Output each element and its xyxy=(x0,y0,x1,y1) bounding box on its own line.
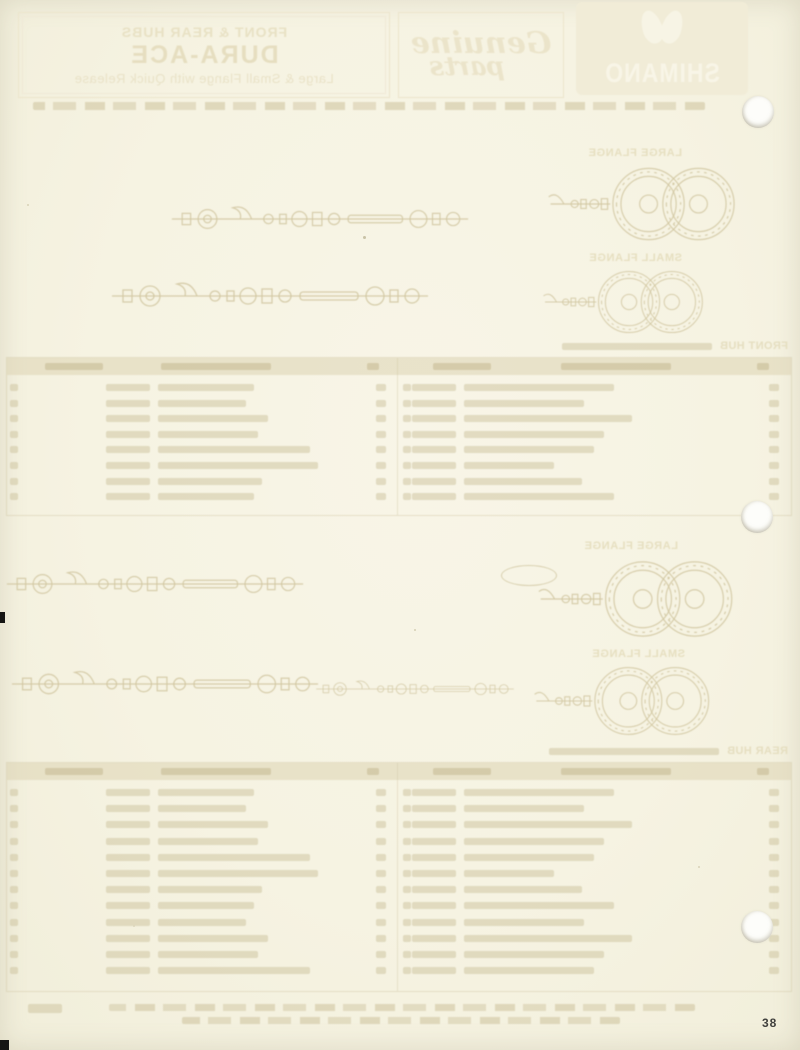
shimano-leaf-logo-icon xyxy=(640,10,684,50)
scanned-catalog-page: SHIMANO Genuine parts FRONT & REAR HUBS … xyxy=(0,0,800,1050)
scan-edge-mark-left xyxy=(0,612,5,623)
rear-hub-large-axle-diagram xyxy=(5,562,305,606)
front-hub-small-flange-diagram xyxy=(540,260,712,344)
scan-edge-mark-corner xyxy=(0,1040,9,1050)
ghost-stamp-oval xyxy=(501,565,557,586)
rear-hub-large-flange-diagram xyxy=(533,548,745,650)
title-line-duraace: DURA-ACE xyxy=(129,41,278,70)
title-line-subtitle: Large & Small Flange with Quick Release xyxy=(74,71,333,86)
dust-speck xyxy=(698,866,700,868)
front-hub-small-axle-diagram xyxy=(110,274,430,318)
punch-hole-top xyxy=(742,96,774,128)
ghost-table1-title: FRONT HUB xyxy=(562,340,788,352)
genuine-parts-line2: parts xyxy=(429,55,532,78)
ghost-parts-table-rear xyxy=(6,762,792,992)
front-hub-large-flange-diagram xyxy=(545,155,745,253)
ghost-footer-line-1 xyxy=(109,1004,695,1011)
page-title-box: FRONT & REAR HUBS DURA-ACE Large & Small… xyxy=(18,12,390,98)
dust-speck xyxy=(363,236,366,239)
punch-hole-bottom xyxy=(741,911,773,943)
ghost-table2-title: REAR HUB xyxy=(549,745,788,757)
dust-speck xyxy=(27,204,29,206)
punch-hole-middle xyxy=(741,501,773,533)
bleed-through-layer: SHIMANO Genuine parts FRONT & REAR HUBS … xyxy=(0,0,800,1050)
title-line-hubs: FRONT & REAR HUBS xyxy=(121,24,287,40)
ghost-note-line xyxy=(33,102,705,110)
front-hub-large-axle-diagram xyxy=(170,198,470,240)
ghost-footer-line-2 xyxy=(182,1017,620,1024)
rear-hub-small-flange-diagram xyxy=(530,655,720,747)
shimano-wordmark: SHIMANO xyxy=(604,58,720,89)
ghost-table1-header xyxy=(7,358,791,375)
rear-hub-small-parts-diagram xyxy=(315,672,515,706)
shimano-logo-block: SHIMANO xyxy=(576,2,748,95)
rear-hub-small-axle-diagram xyxy=(10,662,320,706)
dust-speck xyxy=(133,925,135,927)
genuine-parts-box: Genuine parts xyxy=(398,12,564,98)
ghost-table2-header xyxy=(7,763,791,780)
ghost-page-code xyxy=(28,1004,62,1013)
ghost-parts-table-front xyxy=(6,357,792,516)
page-number: 38 xyxy=(762,1016,777,1030)
dust-speck xyxy=(414,629,416,631)
